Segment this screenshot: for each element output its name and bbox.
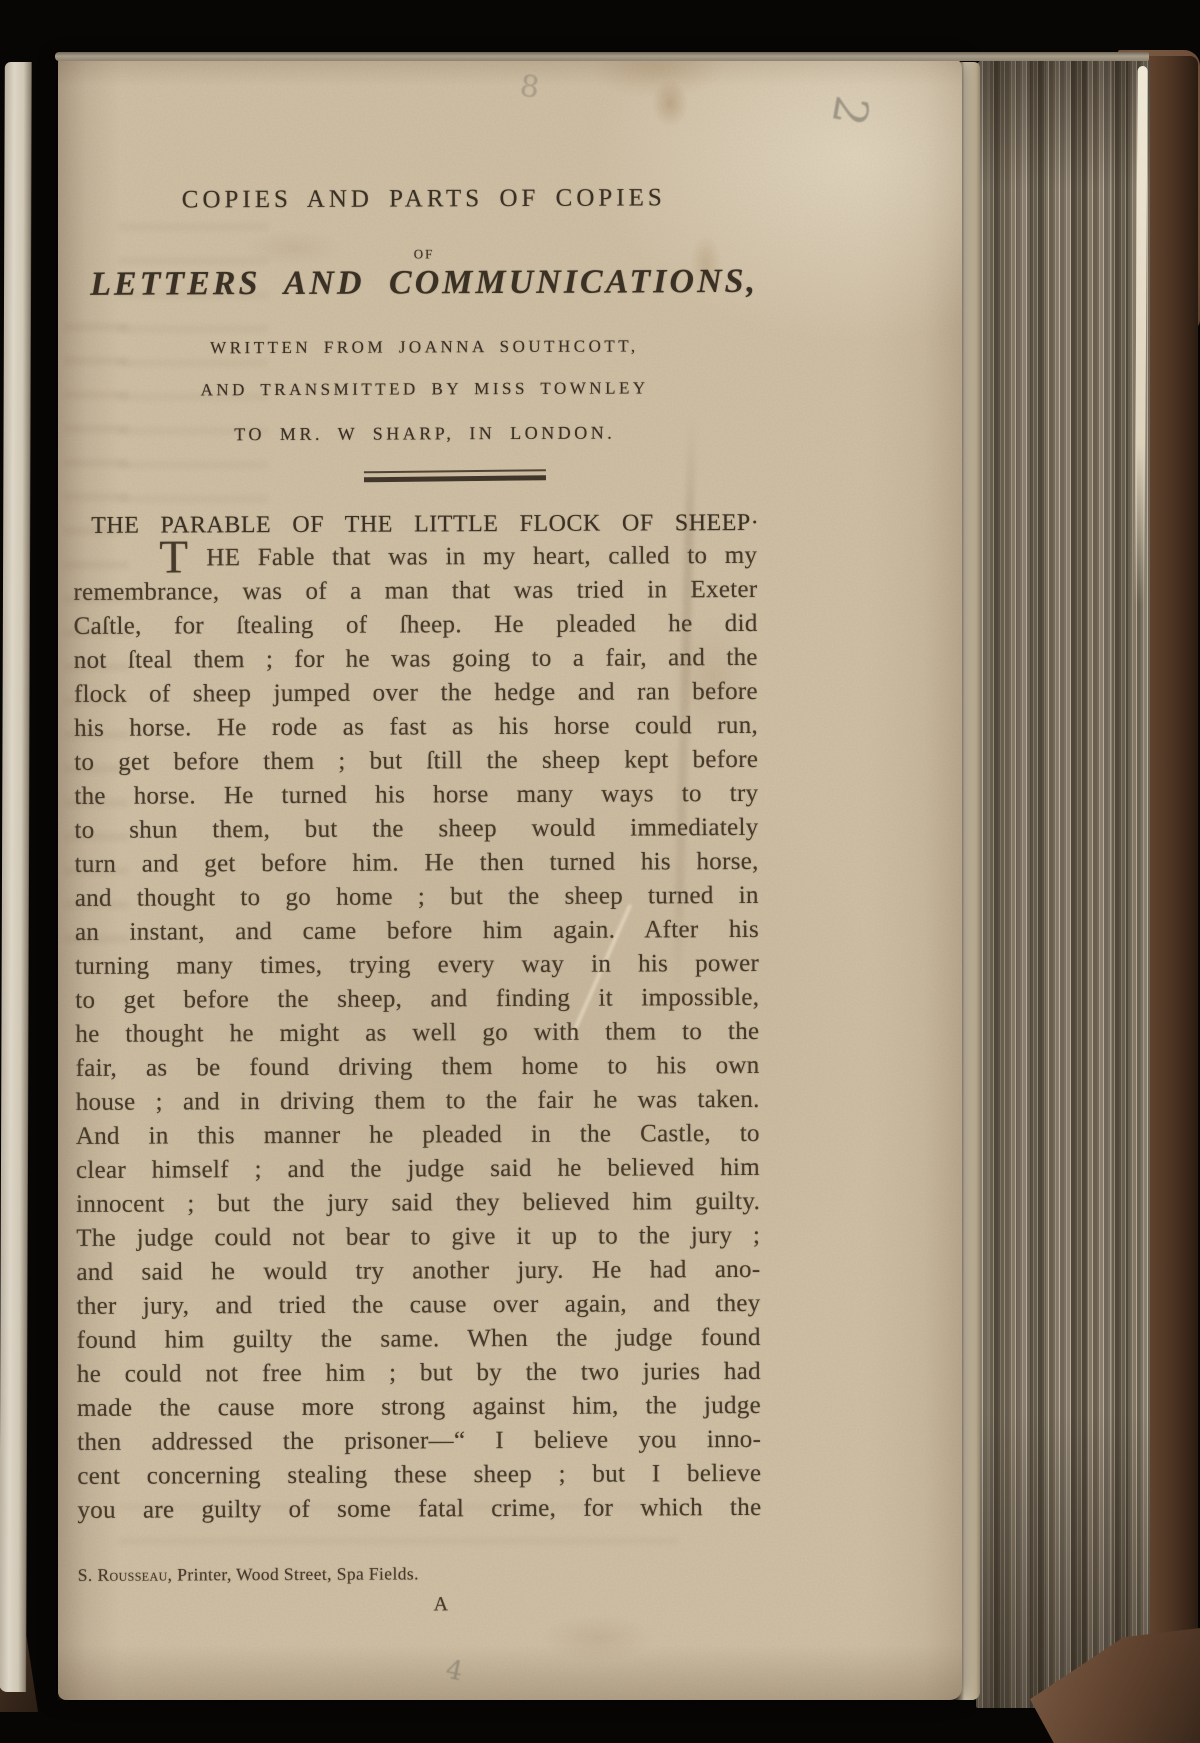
body-line: you are guilty of some fatal crime, for … xyxy=(77,1491,761,1528)
title-block: COPIES AND PARTS OF COPIES OF LETTERS AN… xyxy=(86,184,763,467)
page-block-fore-edge xyxy=(976,60,1150,1708)
body-line: and thought to go home ; but the sheep t… xyxy=(75,879,759,916)
body-line: Caſtle, for ſtealing of ſheep. He pleade… xyxy=(74,607,758,644)
drop-cap: T xyxy=(159,534,188,581)
section-heading: THE PARABLE OF THE LITTLE FLOCK OF SHEEP… xyxy=(91,510,759,540)
body-line: fair, as be found driving them home to h… xyxy=(75,1049,759,1086)
body-line: the horse. He turned his horse many ways… xyxy=(74,777,758,814)
title-line-1: COPIES AND PARTS OF COPIES xyxy=(86,184,762,215)
body-line: to shun them, but the sheep would immedi… xyxy=(74,811,758,848)
title-line-transmitted: AND TRANSMITTED BY MISS TOWNLEY xyxy=(87,378,763,401)
printer-address: Printer, Wood Street, Spa Fields. xyxy=(172,1563,419,1584)
body-text: THE Fable that was in my heart, called t… xyxy=(73,539,761,1528)
body-line: an instant, and came before him again. A… xyxy=(75,913,759,950)
body-line: then addressed the prisoner—“ I believe … xyxy=(77,1423,761,1460)
body-line: to get before the sheep, and finding it … xyxy=(75,981,759,1018)
body-line: he could not free him ; but by the two j… xyxy=(77,1355,761,1392)
body-line: The judge could not bear to give it up t… xyxy=(76,1219,760,1256)
body-line: and said he would try another jury. He h… xyxy=(76,1253,760,1290)
double-rule-divider xyxy=(364,469,546,482)
body-line: his horse. He rode as fast as his horse … xyxy=(74,709,758,746)
book-cover-edge xyxy=(1146,56,1198,1706)
body-first-line-text: HE Fable that was in my heart, called to… xyxy=(206,542,757,571)
body-line: innocent ; but the jury said they believ… xyxy=(76,1185,760,1222)
body-line: turning many times, trying every way in … xyxy=(75,947,759,984)
title-line-to-sharp: TO MR. W SHARP, IN LONDON. xyxy=(87,422,763,446)
body-line: clear himself ; and the judge said he be… xyxy=(76,1151,760,1188)
body-lines: remembrance, was of a man that was tried… xyxy=(73,573,761,1528)
book-photograph: 2 8 4 COPIES AND PARTS OF COPIES OF LETT… xyxy=(0,0,1200,1743)
body-first-line: THE Fable that was in my heart, called t… xyxy=(73,539,757,576)
book-page: 2 8 4 COPIES AND PARTS OF COPIES OF LETT… xyxy=(58,58,962,1700)
previous-page-edge xyxy=(0,62,32,1692)
printer-name: S. Rousseau, xyxy=(78,1564,173,1584)
body-line: turn and get before him. He then turned … xyxy=(75,845,759,882)
title-line-written-from: WRITTEN FROM JOANNA SOUTHCOTT, xyxy=(86,336,762,359)
title-line-main: LETTERS AND COMMUNICATIONS, xyxy=(86,263,762,304)
body-line: house ; and in driving them to the fair … xyxy=(76,1083,760,1120)
body-line: ther jury, and tried the cause over agai… xyxy=(77,1287,761,1324)
title-line-of: OF xyxy=(86,245,762,264)
body-line: to get before them ; but ſtill the sheep… xyxy=(74,743,758,780)
body-line: cent concerning stealing these sheep ; b… xyxy=(77,1457,761,1494)
body-line: found him guilty the same. When the judg… xyxy=(77,1321,761,1358)
printer-imprint: S. Rousseau, Printer, Wood Street, Spa F… xyxy=(78,1563,419,1585)
body-line: And in this manner he pleaded in the Cas… xyxy=(76,1117,760,1154)
signature-mark: A xyxy=(381,1593,501,1617)
body-line: flock of sheep jumped over the hedge and… xyxy=(74,675,758,712)
body-line: he thought he might as well go with them… xyxy=(75,1015,759,1052)
body-line: made the cause more strong against him, … xyxy=(77,1389,761,1426)
page-block-top-edge xyxy=(55,52,1149,61)
body-line: not ſteal them ; for he was going to a f… xyxy=(74,641,758,678)
